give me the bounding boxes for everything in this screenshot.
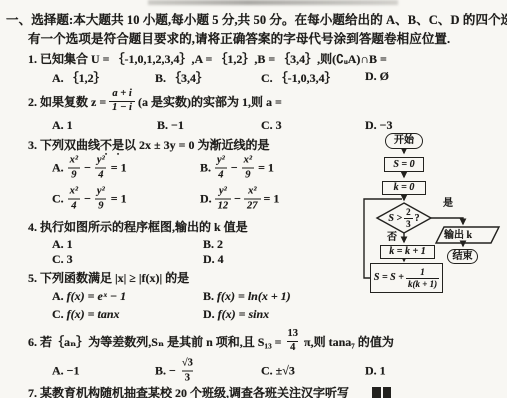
minus-sign: − [231,161,238,176]
q2-option-c: C. 3 [261,118,282,133]
fraction-numerator: x² [241,156,255,168]
q3-option-b: B. y²4 − x²9 = 1 [200,156,274,181]
q3-option-d: D. y²12 − x²27 = 1 [200,187,279,212]
flowchart-condition: S > 23 ? [377,204,431,232]
q4-option-b: B. 2 [203,237,223,252]
q5-options-row2: C. f(x) = tanx D. f(x) = sinx [0,307,507,323]
flowchart-output-node: 输出 k [444,231,472,241]
fraction-denominator: 9 [95,199,106,212]
q3-option-b-fraction2: x²9 [241,156,255,181]
fraction-denominator: 12 [215,199,232,212]
q1-option-c: C. ｛-1,0,3,4｝ [261,69,337,86]
q3-option-b-fraction1: y²4 [214,156,228,181]
q6-option-d: D. 1 [365,364,386,379]
fraction-numerator: y² [94,187,108,199]
q6-fraction-numerator: 13 [285,329,302,341]
condition-prefix: S > [388,213,402,224]
q2-stem: 2. 如果复数 z = a + i 1 − i (a 是实数)的实部为 1,则 … [28,86,282,116]
q7-stem: 7. 某教育机构随机抽查某校 20 个班级,调查各班关注汉字听写 [28,386,349,398]
q3-option-c-fraction2: y²9 [94,187,108,212]
q3-option-c-label: C. [52,192,64,207]
equals-one: = 1 [111,161,127,176]
equals-one: = 1 [258,161,274,176]
option-label: C. [52,307,64,321]
equals-one: = 1 [264,192,280,207]
q2-stem-suffix: (a 是实数)的实部为 1,则 a = [138,93,282,110]
yes-branch-label: 是 [443,199,453,209]
q2-fraction-numerator: a + i [109,89,134,101]
option-label: A. [52,289,64,303]
q2-fraction: a + i 1 − i [109,89,135,114]
q1-option-b: B. ｛3,4｝ [155,69,208,86]
fraction-numerator: x² [67,156,81,168]
fraction-denominator: 27 [244,199,261,212]
fraction-numerator: y² [94,156,108,168]
q5-option-b: B. f(x) = ln(x + 1) [203,289,291,304]
q3-option-a-fraction1: x²9 [67,156,81,181]
q3-option-c-fraction1: x²4 [67,187,81,212]
q3-stem-emphasis: 不是 [100,138,124,152]
equals-one: = 1 [111,192,127,207]
flowchart-end-node: 结束 [447,249,478,264]
q3-option-c: C. x²4 − y²9 = 1 [52,187,127,212]
q3-option-a: A. x²9 − y²4 = 1 [52,156,127,181]
q4-option-d: D. 4 [203,252,224,267]
q6-stem-prefix: 6. 若｛aₙ｝为等差数列,Sₙ 是其前 n 项和,且 S₁₃ = [28,333,282,350]
flowchart-update-node: S = S + 1k(k + 1) [370,263,443,293]
minus-sign: − [234,192,241,207]
q1-option-a: A. ｛1,2｝ [52,69,106,86]
q3-option-d-label: D. [200,192,212,207]
option-formula: f(x) = sinx [218,307,270,321]
fraction-numerator: x² [245,187,259,199]
update-fraction: 1k(k + 1) [406,268,439,289]
fraction-denominator: k(k + 1) [406,278,439,289]
clipped-figure-fragment [372,387,381,398]
fraction-denominator: 3 [404,218,413,229]
q5-option-d: D. f(x) = sinx [203,307,269,322]
q4-stem: 4. 执行如图所示的程序框图,输出的 k 值是 [28,220,248,235]
q3-stem-suffix: 以 2x ± 3y = 0 为渐近线的是 [124,138,269,152]
minus-sign: − [84,192,91,207]
fraction-denominator: 4 [215,168,226,181]
q4-option-c: C. 3 [52,252,73,267]
flowchart-init-k-node: k = 0 [382,181,426,195]
fraction-numerator: √3 [179,359,196,371]
section-header-line1: 一、选择题:本大题共 10 小题,每小题 5 分,共 50 分。在每小题给出的 … [6,13,507,28]
clipped-figure-fragment [383,387,391,398]
q3-option-b-label: B. [200,161,211,176]
q3-option-a-label: A. [52,161,64,176]
q2-fraction-denominator: 1 − i [109,101,135,114]
option-formula: f(x) = tanx [67,307,120,321]
q3-stem-prefix: 3. 下列双曲线 [28,138,100,152]
fraction-denominator: 9 [242,168,253,181]
q3-option-d-fraction2: x²27 [244,187,261,212]
q6-option-b-label: B. − [155,364,176,379]
fraction-denominator: 9 [68,168,79,181]
q1-option-d: D. Ø [365,69,389,84]
q6-option-c: C. ±√3 [261,364,295,379]
flowchart-increment-node: k = k + 1 [380,245,435,259]
flowchart-init-s-node: S = 0 [384,157,424,172]
q4-option-a: A. 1 [52,237,73,252]
q6-stem: 6. 若｛aₙ｝为等差数列,Sₙ 是其前 n 项和,且 S₁₃ = 13 4 π… [28,325,394,357]
q1-stem: 1. 已知集合 U = ｛-1,0,1,2,3,4｝,A = ｛1,2｝,B =… [28,52,387,67]
option-formula: f(x) = eˣ − 1 [67,289,127,303]
exam-page: 一、选择题:本大题共 10 小题,每小题 5 分,共 50 分。在每小题给出的 … [0,0,507,398]
q5-option-a: A. f(x) = eˣ − 1 [52,289,126,304]
option-formula: f(x) = ln(x + 1) [217,289,291,303]
option-label: B. [203,289,214,303]
update-prefix: S = S + [374,273,404,283]
flowchart-start-node: 开始 [385,133,423,149]
condition-suffix: ? [415,213,420,224]
section-header-line2: 有一个选项是符合题目要求的,请将正确答案的字母代号涂到答题卷相应位置. [28,32,450,47]
q6-fraction: 13 4 [285,329,302,354]
fraction-numerator: 2 [404,208,413,218]
fraction-numerator: 1 [418,268,427,278]
q2-option-b: B. −1 [157,118,184,133]
q6-stem-suffix: π,则 tana₇ 的值为 [304,333,394,350]
minus-sign: − [84,161,91,176]
q6-option-b-fraction: √33 [179,359,196,384]
fraction-denominator: 4 [68,199,79,212]
q5-option-c: C. f(x) = tanx [52,307,120,322]
q6-option-b: B. − √33 [155,359,196,384]
condition-fraction: 23 [404,208,413,229]
clipped-top-line [148,0,398,5]
no-branch-label: 否 [387,233,397,243]
fraction-numerator: y² [216,187,230,199]
option-label: D. [203,307,215,321]
q3-option-d-fraction1: y²12 [215,187,232,212]
q5-stem: 5. 下列函数满足 |x| ≥ |f(x)| 的是 [28,271,189,286]
q6-options: A. −1 B. − √33 C. ±√3 D. 1 [0,356,507,386]
q1-options: A. ｛1,2｝ B. ｛3,4｝ C. ｛-1,0,3,4｝ D. Ø [0,69,507,85]
q6-option-a: A. −1 [52,364,80,379]
fraction-numerator: y² [214,156,228,168]
q6-fraction-denominator: 4 [287,341,298,354]
fraction-denominator: 3 [182,371,193,384]
fraction-denominator: 4 [95,168,106,181]
q2-option-a: A. 1 [52,118,73,133]
q3-option-a-fraction2: y²4 [94,156,108,181]
program-flowchart: 开始 S = 0 k = 0 S > 23 ? 是 否 输出 k k = k +… [350,128,507,303]
fraction-numerator: x² [67,187,81,199]
q2-stem-prefix: 2. 如果复数 z = [28,93,106,110]
